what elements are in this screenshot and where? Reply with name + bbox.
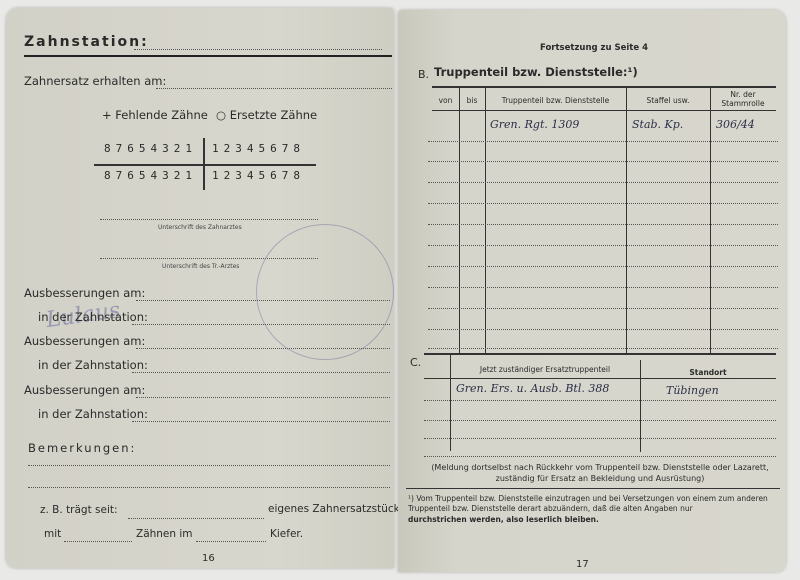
cell-location-1[interactable]: Tübingen bbox=[666, 384, 719, 397]
repair-3-station-label: in der Zahnstation: bbox=[38, 407, 148, 421]
remarks-label: Bemerkungen: bbox=[28, 441, 136, 455]
table-row-7[interactable] bbox=[428, 266, 778, 267]
wears-since-label: z. B. trägt seit: bbox=[40, 504, 118, 516]
teeth-chart-hline bbox=[94, 164, 316, 166]
with-label: mit bbox=[44, 528, 61, 540]
denture-received-label: Zahnersatz erhalten am: bbox=[24, 74, 166, 88]
lower-right-teeth[interactable]: 87654321 bbox=[104, 169, 197, 182]
table-b-header-border bbox=[432, 110, 776, 111]
remarks-line-2[interactable] bbox=[28, 487, 390, 488]
teeth-chart-vline bbox=[203, 138, 205, 190]
header-bis: bis bbox=[459, 96, 485, 105]
jaw-field[interactable] bbox=[196, 541, 266, 542]
table-row-1[interactable] bbox=[428, 141, 778, 142]
header-location: Standort bbox=[640, 368, 776, 377]
header-replacement-unit: Jetzt zuständiger Ersatztruppenteil bbox=[450, 365, 640, 374]
table-row-11[interactable] bbox=[428, 348, 778, 349]
footnote-text-bold: durchstrichen werden, also leserlich ble… bbox=[408, 515, 599, 524]
section-c-note: (Meldung dortselbst nach Rückkehr vom Tr… bbox=[422, 462, 778, 484]
c-header-border bbox=[424, 378, 776, 379]
table-row-8[interactable] bbox=[428, 287, 778, 288]
repair-3-date-label: Ausbesserungen am: bbox=[24, 383, 145, 397]
col-divider-2 bbox=[485, 86, 486, 354]
page-number-17: 17 bbox=[576, 559, 589, 570]
right-page-17: Fortsetzung zu Seite 4 B. Truppenteil bz… bbox=[398, 10, 786, 572]
repair-2-station-field[interactable] bbox=[132, 372, 390, 373]
dentist-signature-field[interactable] bbox=[100, 219, 318, 220]
cell-staffel-1[interactable]: Stab. Kp. bbox=[632, 118, 683, 131]
c-row-4[interactable] bbox=[424, 456, 776, 457]
page-number-16: 16 bbox=[202, 553, 215, 564]
official-stamp bbox=[256, 224, 394, 360]
upper-left-teeth[interactable]: 12345678 bbox=[212, 142, 305, 155]
denture-received-field[interactable] bbox=[156, 88, 392, 89]
col-divider-4 bbox=[710, 86, 711, 354]
repair-3-date-field[interactable] bbox=[136, 397, 390, 398]
repair-1-date-label: Ausbesserungen am: bbox=[24, 286, 145, 300]
teeth-in-label: Zähnen im bbox=[136, 528, 193, 540]
title-underline bbox=[24, 55, 392, 57]
repair-2-date-field[interactable] bbox=[136, 348, 390, 349]
dentist-signature-label: Unterschrift des Zahnarztes bbox=[158, 224, 242, 231]
footnote-text: ¹) Vom Truppenteil bzw. Dienststelle ein… bbox=[408, 494, 780, 514]
col-divider-1 bbox=[459, 86, 460, 354]
wears-since-field[interactable] bbox=[128, 518, 264, 519]
table-row-4[interactable] bbox=[428, 203, 778, 204]
left-page-16: Zahnstation: Zahnersatz erhalten am: + F… bbox=[6, 8, 394, 568]
repair-1-station-label: in der Zahnstation: bbox=[38, 310, 148, 324]
c-row-3[interactable] bbox=[424, 438, 776, 439]
repair-2-station-label: in der Zahnstation: bbox=[38, 358, 148, 372]
dental-station-field[interactable] bbox=[134, 49, 382, 50]
remarks-line-1[interactable] bbox=[28, 465, 390, 466]
cell-nr-1[interactable]: 306/44 bbox=[716, 118, 755, 131]
jaw-label: Kiefer. bbox=[270, 528, 303, 540]
upper-right-teeth[interactable]: 87654321 bbox=[104, 142, 197, 155]
c-row-2[interactable] bbox=[424, 420, 776, 421]
cell-replacement-unit-1[interactable]: Gren. Ers. u. Ausb. Btl. 388 bbox=[456, 382, 609, 395]
header-von: von bbox=[432, 96, 459, 105]
cell-unit-1[interactable]: Gren. Rgt. 1309 bbox=[490, 118, 579, 131]
repair-2-date-label: Ausbesserungen am: bbox=[24, 334, 145, 348]
legend-replaced-teeth: ○ Ersetzte Zähne bbox=[216, 108, 317, 122]
continuation-heading: Fortsetzung zu Seite 4 bbox=[540, 43, 648, 53]
header-stammrolle: Nr. der Stammrolle bbox=[710, 90, 776, 108]
c-row-1[interactable] bbox=[424, 400, 776, 401]
section-b-title: Truppenteil bzw. Dienststelle:¹) bbox=[434, 65, 638, 79]
teeth-count-field[interactable] bbox=[64, 541, 132, 542]
table-b-top-border bbox=[432, 86, 776, 88]
repair-1-date-field[interactable] bbox=[136, 300, 390, 301]
section-c-letter: C. bbox=[410, 356, 421, 369]
section-b-letter: B. bbox=[418, 68, 429, 81]
table-row-5[interactable] bbox=[428, 224, 778, 225]
table-row-9[interactable] bbox=[428, 308, 778, 309]
header-staffel: Staffel usw. bbox=[626, 96, 710, 105]
repair-1-station-field[interactable] bbox=[132, 324, 390, 325]
table-row-10[interactable] bbox=[428, 329, 778, 330]
doctor-signature-label: Unterschrift des Tr.-Arztes bbox=[162, 263, 239, 270]
col-divider-3 bbox=[626, 86, 627, 354]
table-row-6[interactable] bbox=[428, 245, 778, 246]
header-unit: Truppenteil bzw. Dienststelle bbox=[485, 96, 626, 105]
footnote-divider bbox=[406, 488, 780, 489]
table-b-bottom-border bbox=[424, 353, 776, 355]
dental-station-title: Zahnstation: bbox=[24, 34, 149, 50]
repair-3-station-field[interactable] bbox=[132, 421, 390, 422]
table-row-3[interactable] bbox=[428, 182, 778, 183]
table-row-2[interactable] bbox=[428, 161, 778, 162]
own-denture-label: eigenes Zahnersatzstück bbox=[268, 503, 400, 515]
lower-left-teeth[interactable]: 12345678 bbox=[212, 169, 305, 182]
legend-missing-teeth: + Fehlende Zähne bbox=[102, 108, 208, 122]
